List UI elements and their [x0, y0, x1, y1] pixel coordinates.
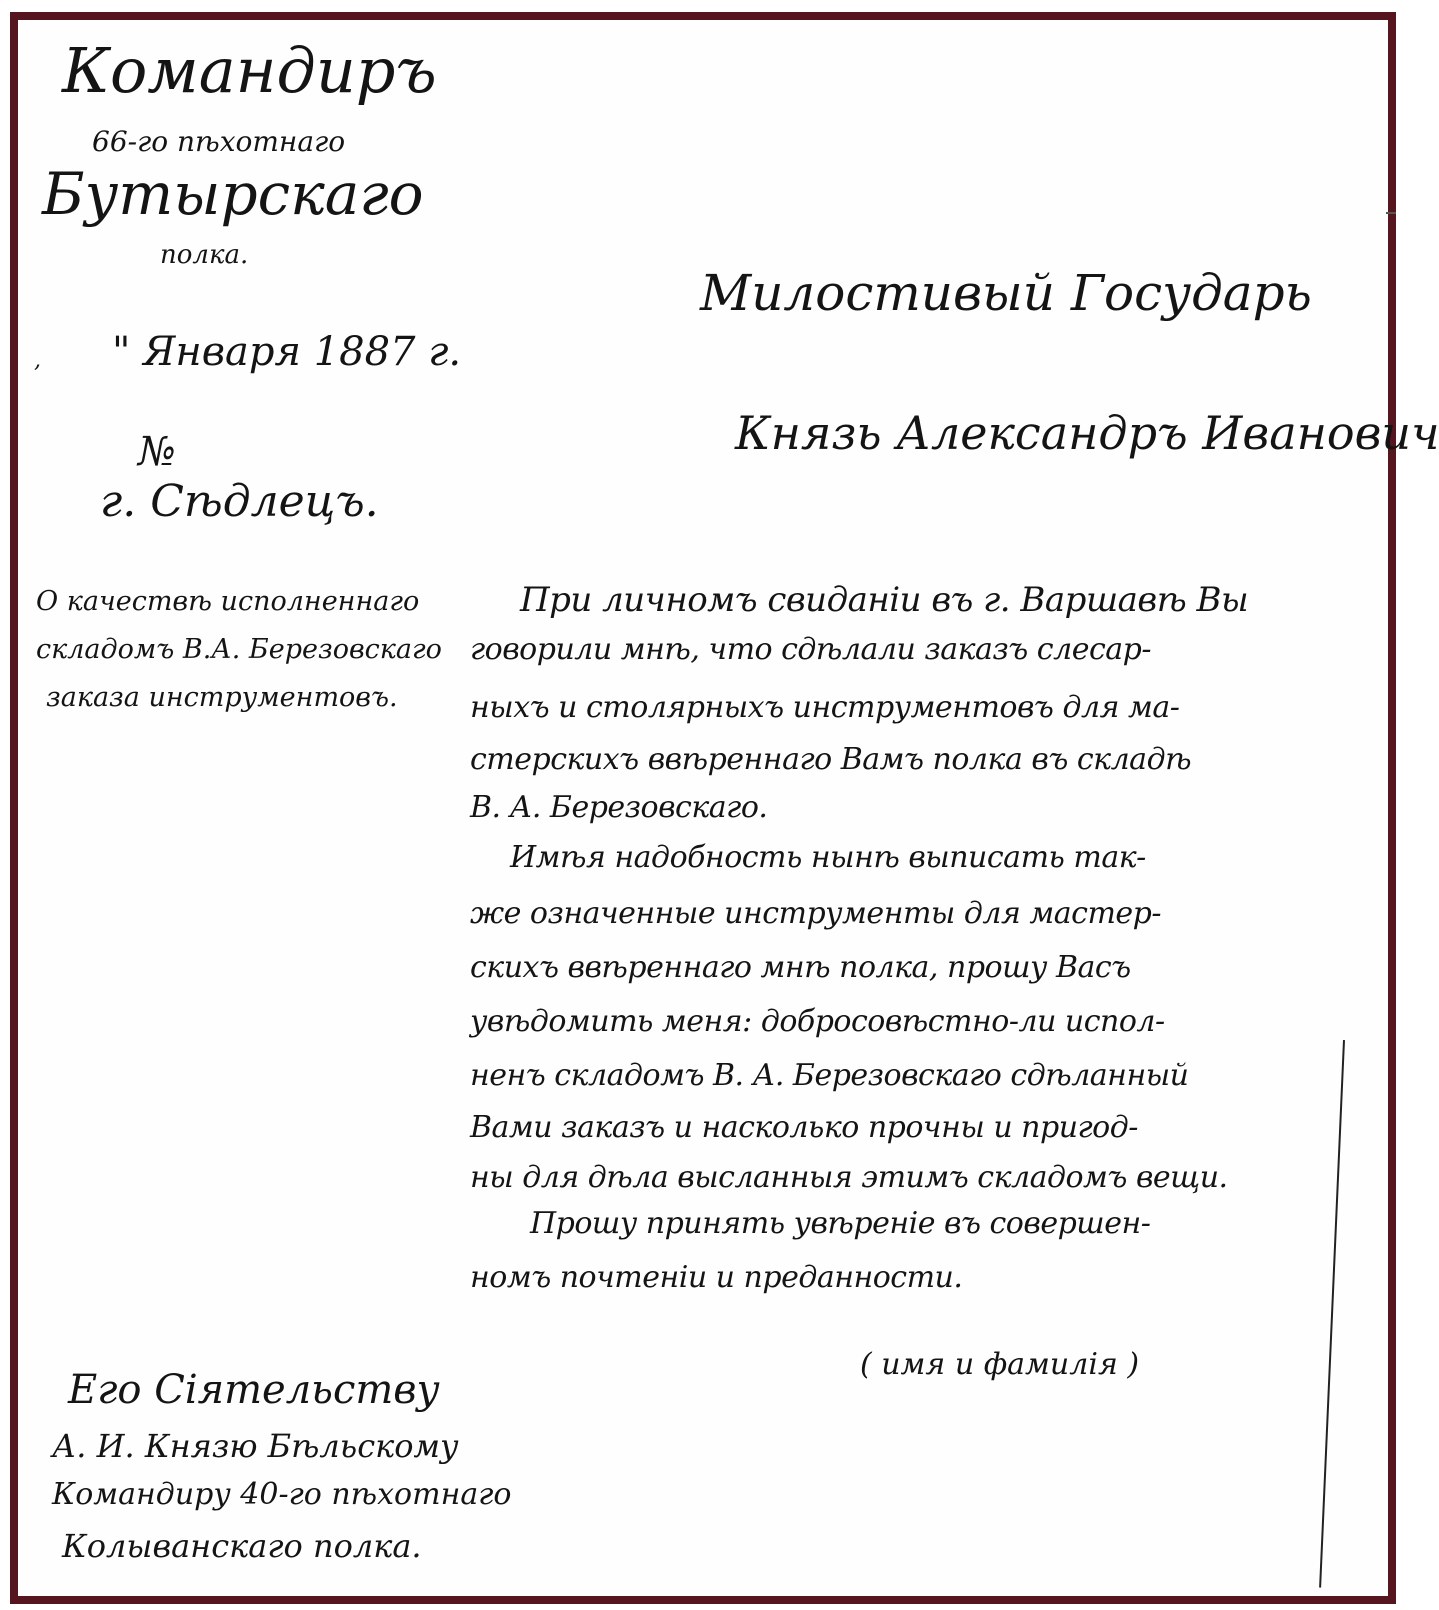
body-line: ненъ складомъ В. А. Березовскаго сдѣланн… — [470, 1058, 1188, 1093]
body-line: При личномъ свиданіи въ г. Варшавѣ Вы — [520, 580, 1248, 620]
signature-placeholder: ( имя и фамилія ) — [860, 1350, 1139, 1380]
body-line: В. А. Березовскаго. — [470, 790, 767, 825]
sender-title: Командиръ — [62, 40, 437, 102]
body-line: скихъ ввѣреннаго мнѣ полка, прошу Васъ — [470, 950, 1131, 985]
letter-city: г. Сѣдлецъ. — [100, 480, 379, 524]
addressee-line-2: А. И. Князю Бѣльскому — [52, 1430, 459, 1462]
addressee-line-3: Командиру 40-го пѣхотнаго — [52, 1480, 511, 1510]
salutation-line-1: Милостивый Государь — [700, 268, 1312, 318]
letter-number: № — [138, 432, 176, 472]
salutation-line-2: Князь Александръ Ивановичъ. — [735, 410, 1439, 456]
body-line: Имѣя надобность нынѣ выписать так- — [510, 840, 1146, 875]
letter-date: " Января 1887 г. — [112, 332, 461, 372]
body-line: увѣдомить меня: добросовѣстно-ли испол- — [470, 1004, 1165, 1039]
sender-regiment: Бутырскаго — [42, 165, 424, 223]
sender-regiment-suffix: полка. — [160, 242, 248, 268]
body-line: ныхъ и столярныхъ инструментовъ для ма- — [470, 690, 1179, 725]
body-line: Прошу принять увѣреніе въ совершен- — [530, 1206, 1150, 1241]
body-line: ны для дѣла высланныя этимъ складомъ вещ… — [470, 1160, 1228, 1195]
addressee-line-4: Колыванскаго полка. — [62, 1530, 422, 1562]
sender-unit-line: 66-го пѣхотнаго — [92, 128, 345, 156]
subject-line-1: О качествѣ исполненнаго — [36, 588, 419, 615]
body-line: Вами заказъ и насколько прочны и пригод- — [470, 1110, 1138, 1145]
body-line: говорили мнѣ, что сдѣлали заказъ слесар- — [470, 632, 1151, 667]
subject-line-2: складомъ В.А. Березовскаго — [36, 636, 442, 663]
date-quote-mark: , — [34, 350, 41, 372]
subject-line-3: заказа инструментовъ. — [46, 684, 398, 711]
margin-tick-mark — [1386, 212, 1396, 214]
body-line: же означенные инструменты для мастер- — [470, 896, 1161, 931]
body-line: номъ почтеніи и преданности. — [470, 1260, 962, 1295]
body-line: стерскихъ ввѣреннаго Вамъ полка въ склад… — [470, 742, 1191, 777]
addressee-line-1: Его Сіятельству — [68, 1370, 440, 1410]
